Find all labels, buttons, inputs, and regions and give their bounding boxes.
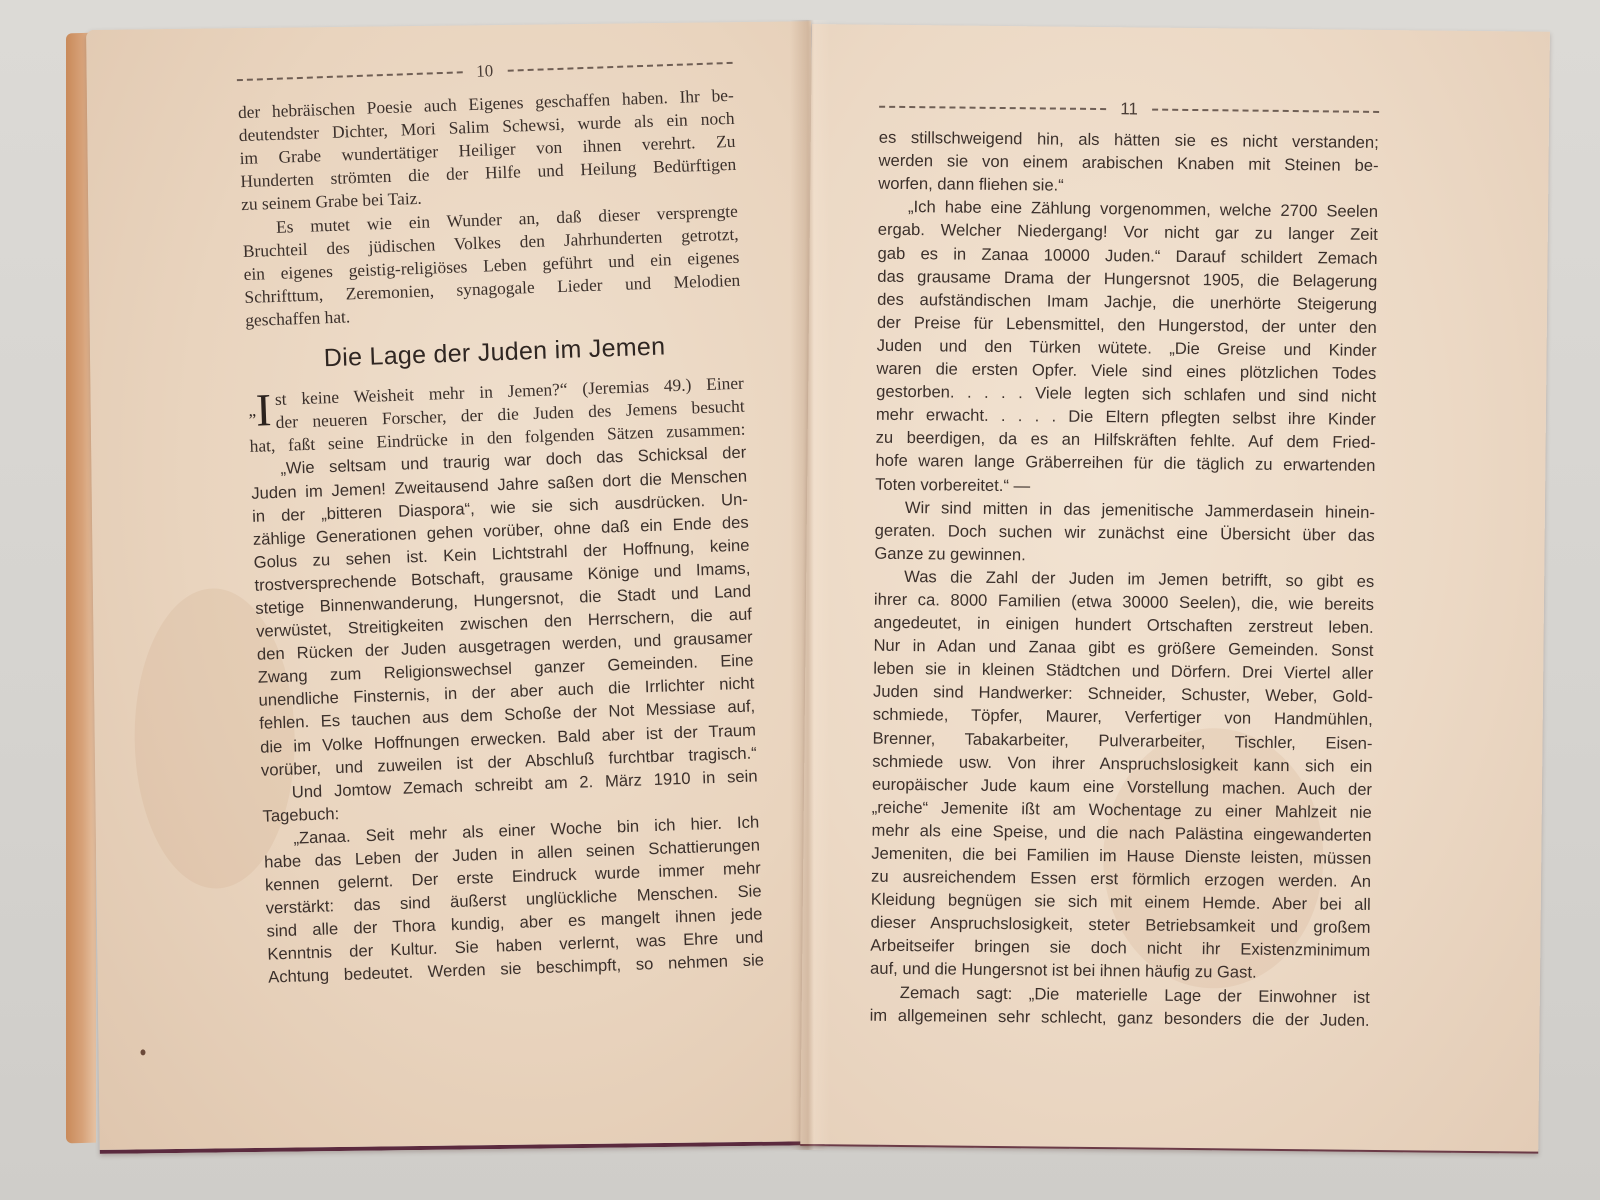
drop-cap: „I [248, 390, 272, 431]
ornamental-rule-left [237, 71, 462, 81]
paragraph-6-diary-quote: „Zanaa. Seit mehr als einer Woche bin ic… [263, 810, 764, 989]
paragraph-5: Zemach sagt: „Die materielle Lage der Ei… [870, 980, 1370, 1031]
open-book: 10 der hebräischen Poesie auch Eigenes g… [0, 0, 1600, 1200]
paragraph-1: es stillschweigend hin, als hätten sie e… [878, 126, 1379, 201]
ornamental-rule-right [1152, 108, 1379, 112]
paper-speck [140, 1049, 145, 1055]
paragraph-3: Wir sind mitten in das jemenitische Jamm… [874, 495, 1375, 570]
ornamental-rule-right [507, 61, 732, 71]
paragraph-intro: der hebräischen Poesie auch Eigenes gesc… [238, 84, 738, 217]
paragraph-2: Es mutet wie ein Wunder an, daß dieser v… [242, 199, 742, 332]
left-page-text: 10 der hebräischen Poesie auch Eigenes g… [236, 51, 764, 989]
text-line: im allgemeinen sehr schlecht, ganz beson… [870, 1003, 1370, 1031]
ornamental-rule-left [879, 105, 1106, 109]
left-page-header: 10 [236, 51, 733, 91]
right-page: 11 es stillschweigend hin, als hätten si… [800, 24, 1550, 1154]
right-page-text: 11 es stillschweigend hin, als hätten si… [870, 95, 1380, 1032]
section-heading: Die Lage der Juden im Jemen [246, 333, 743, 373]
paragraph-4-quote: „Wie seltsam und traurig war doch das Sc… [250, 441, 757, 781]
right-page-header: 11 [879, 95, 1379, 123]
paragraph-4: Was die Zahl der Juden im Jemen betrifft… [870, 565, 1374, 986]
left-page: 10 der hebräischen Poesie auch Eigenes g… [86, 21, 825, 1154]
drop-cap-letter: I [255, 384, 272, 436]
paragraph-2: „Ich habe eine Zählung vorgenommen, welc… [875, 195, 1378, 500]
page-number: 10 [476, 59, 494, 83]
page-number: 11 [1120, 97, 1138, 120]
